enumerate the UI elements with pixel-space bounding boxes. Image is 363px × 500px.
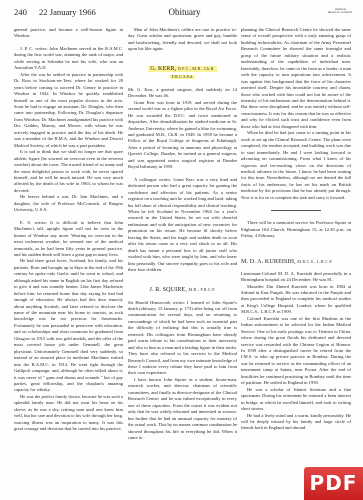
paragraph: He leaves behind a son, Dr. Iain MacInne… (14, 194, 123, 213)
highlighted-heading: G. KERR, D.F.C., M.B., Ch.B. (148, 66, 217, 72)
obituary-heading-kureishi: M. D. A. KUREISHI, M.R.C.S., L.R.C.P. (241, 258, 351, 266)
obituary-degrees: M.R.C.S., L.R.C.P. (297, 260, 332, 264)
document-page: 240 22 January 1966 Obituary BRITISH MED… (0, 0, 363, 500)
paragraph: Sir Harold Himsworth writes: I learned o… (128, 300, 237, 377)
paragraph: He was a scholar of Islamic literature a… (241, 387, 351, 413)
paragraph: He had three great loves: Scotland, his … (14, 258, 123, 394)
paragraph: Muzaffer Din Ahmed Kureishi was born in … (241, 284, 351, 316)
obituary-degrees: D.F.C., M.B., Ch.B. (178, 67, 215, 71)
column-2: Men of John MacInnes's calibre are rare … (128, 27, 237, 441)
section-title: Obituary (14, 7, 355, 17)
paragraph: I have known John Squire as a student, h… (128, 377, 237, 442)
obituary-degrees: F.R.C.S.Ed. (170, 75, 196, 79)
paragraph: E. S. writes: It is difficult to believe… (14, 220, 123, 259)
obituary-heading-squire: J. R. SQUIRE, M.D., F.R.C.P. (128, 286, 237, 294)
obituary-heading-kerr: G. KERR, D.F.C., M.B., Ch.B. F.R.C.S.Ed. (128, 65, 237, 81)
paragraph: Lieutenant-Colonel M. D. A. Kureishi die… (241, 271, 351, 284)
obituary-name: M. D. A. KUREISHI, (241, 259, 296, 265)
paragraph: general practice, and became a well-know… (14, 27, 123, 40)
obituary-name: J. R. SQUIRE, (149, 287, 186, 293)
paragraph: A colleague writes: Grant Kerr was a ver… (128, 177, 237, 274)
obituary-name: G. KERR, (150, 66, 176, 72)
column-1: general practice, and became a well-know… (14, 27, 123, 433)
pdf-download-badge[interactable]: PDF (304, 467, 363, 500)
paragraph: Men of John MacInnes's calibre are rare … (128, 27, 237, 53)
divider (271, 210, 321, 211)
paragraph: planning the Clinical Research Centre he… (241, 27, 351, 130)
paragraph: Colonel Kureishi was one of the first Mu… (241, 316, 351, 387)
paragraph: He was the perfect family doctor, becaus… (14, 394, 123, 433)
paragraph: It is sad to think that we shall no long… (14, 149, 123, 194)
paragraph: J. P. C. writes: John MacInnes served in… (14, 46, 123, 72)
column-3: planning the Clinical Research Centre he… (241, 27, 351, 432)
obituary-degrees: M.D., F.R.C.P. (188, 288, 215, 292)
journal-logo-line2: MEDICAL JOURNAL (328, 11, 353, 14)
memorial-notice: There will be a memorial service for Pro… (241, 220, 351, 239)
paragraph: Mr. G. Kerr, a general surgeon, died sud… (128, 87, 237, 100)
page-header: 240 22 January 1966 Obituary BRITISH MED… (14, 7, 355, 21)
paragraph: He had a lively mind and a warm, kindly … (241, 413, 351, 432)
paragraph: After the war he settled in practice in … (14, 72, 123, 149)
paragraph: When he died he had just come to a turni… (241, 130, 351, 201)
paragraph: Grant Kerr was born in 1919, and served … (128, 100, 237, 171)
journal-logo: BRITISH MEDICAL JOURNAL (328, 8, 353, 14)
